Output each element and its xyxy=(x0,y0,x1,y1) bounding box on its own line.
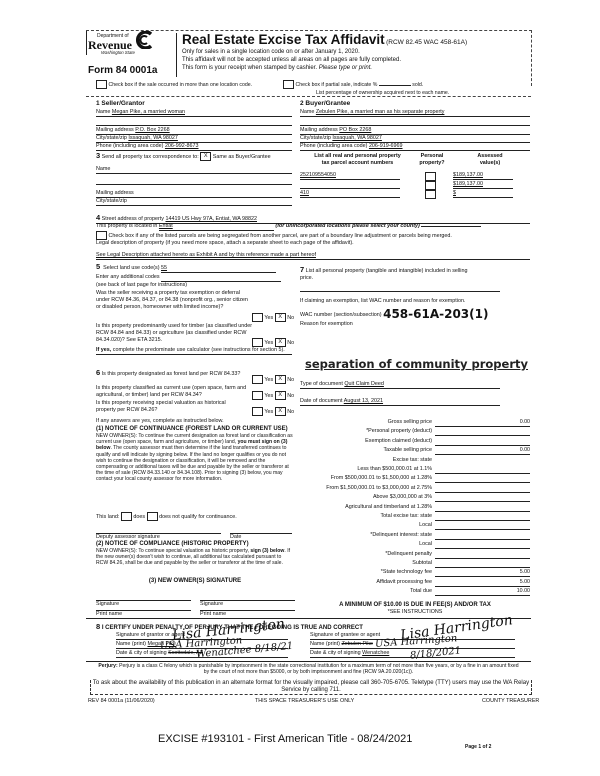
dor-logo-box: Department of Revenue Washington State xyxy=(86,31,155,55)
forest-q2: Is this property classified as current u… xyxy=(96,385,251,399)
tax-value-field[interactable] xyxy=(435,466,530,474)
alt-format-box: To ask about the availability of this pu… xyxy=(90,680,532,695)
assessed-col-header: Assessed value(s) xyxy=(455,153,525,167)
property-location-row: This property is located in Entiat (for … xyxy=(96,223,530,231)
tax-value-field[interactable]: 0.00 xyxy=(435,419,530,427)
tax-value-field[interactable]: 5.00 xyxy=(435,579,530,587)
land-use-q2-answers: Yes X No xyxy=(252,338,294,347)
personal-property-label: 7 List all personal property (tangible a… xyxy=(300,265,480,282)
form-title-ref: (RCW 82.45 WAC 458-61A) xyxy=(386,39,467,46)
form-number: Form 84 0001a xyxy=(88,65,158,78)
dept-state: Washington State xyxy=(101,50,135,55)
forest-q1-yes-checkbox[interactable] xyxy=(252,375,263,384)
wac-row: WAC number (section/subsection) 458-61A-… xyxy=(300,305,488,320)
tax-row: Affidavit processing fee5.00 xyxy=(300,579,530,588)
buyer-mailing-value: PO Box 2268 xyxy=(339,127,371,133)
personal-property-checkbox[interactable] xyxy=(425,172,436,181)
tax-row: Subtotal xyxy=(300,560,530,569)
forest-q1: 6 Is this property designated as forest … xyxy=(96,368,246,378)
dor-swoosh-icon xyxy=(135,31,155,49)
parcel-number-field[interactable] xyxy=(300,181,400,189)
title-block: Real Estate Excise Tax Affidavit (RCW 82… xyxy=(182,32,467,49)
partial-percent-field[interactable] xyxy=(379,85,411,86)
alt-format-note: To ask about the availability of this pu… xyxy=(91,680,531,694)
deputy-date-line[interactable]: Date xyxy=(230,533,292,541)
partial-sale-row: Check box if partial sale, indicate % so… xyxy=(283,80,423,89)
q1-yes-checkbox[interactable] xyxy=(252,313,263,322)
land-use-code-field[interactable]: 55 xyxy=(161,265,276,273)
seller-name-value: Megan Pike, a married woman xyxy=(112,109,185,115)
additional-codes-field[interactable] xyxy=(161,274,281,282)
logo-divider xyxy=(176,33,177,77)
land-does-not-checkbox[interactable] xyxy=(147,512,158,521)
if-any-yes-note: If any answers are yes, complete as inst… xyxy=(96,418,224,425)
tax-row: Above $3,000,000 at 3% xyxy=(300,494,530,503)
tax-row: *Personal property (deduct) xyxy=(300,428,530,437)
property-street-value: 14419 US Hwy 97A, Entiat, WA 98822 xyxy=(166,216,258,222)
personal-property-field[interactable] xyxy=(300,285,500,292)
tax-row: *Delinquent penalty xyxy=(300,551,530,560)
legal-description-label: Legal description of property (if you ne… xyxy=(96,240,354,247)
new-owner-signature-2[interactable]: Signature xyxy=(200,600,295,608)
multi-location-row: Check box if the sale occurred in more t… xyxy=(96,80,252,89)
buyer-name-field[interactable]: Name Zebulen Pike, a married man as his … xyxy=(300,109,530,117)
land-does-checkbox[interactable] xyxy=(121,512,132,521)
land-use-row: 5 Select land use code(s) 55 xyxy=(96,262,276,273)
seller-phone-value: 206-992-8673 xyxy=(165,143,199,149)
assessed-value-field[interactable]: $189,137.00 xyxy=(453,181,513,189)
correspondence-city-field[interactable]: City/state/zip xyxy=(96,198,292,206)
forest-q2-answers: Yes X No xyxy=(252,391,294,400)
legal-description-field[interactable]: See Legal Description attached hereto as… xyxy=(96,252,530,260)
reason-value[interactable]: separation of community property xyxy=(305,357,528,371)
tax-value-field[interactable] xyxy=(435,428,530,436)
segregated-row: Check box if any of the listed parcels a… xyxy=(96,231,452,240)
q1-no-checkbox[interactable]: X xyxy=(275,313,286,322)
tax-row: Local xyxy=(300,522,530,531)
tax-value-field[interactable] xyxy=(435,560,530,568)
parcel-number-field[interactable]: 410 xyxy=(300,190,400,198)
buyer-section-title: 2 Buyer/Grantee xyxy=(300,100,350,108)
continuance-qualify-row: This land: does does not qualify for con… xyxy=(96,512,237,521)
personal-col-header: Personal property? xyxy=(412,153,452,167)
tax-value-field[interactable] xyxy=(435,513,530,521)
tax-row: Total due10.00 xyxy=(300,588,530,597)
forest-q2-yes-checkbox[interactable] xyxy=(252,391,263,400)
tax-row: Agricultural and timberland at 1.28% xyxy=(300,504,530,513)
header-bottom-dash xyxy=(86,96,531,97)
see-back-note: (see back of last page for instructions) xyxy=(96,282,187,289)
land-use-q1: Was the seller receiving a property tax … xyxy=(96,290,254,310)
tax-row: *Delinquent interest: state xyxy=(300,532,530,541)
reason-label: Reason for exemption xyxy=(300,321,353,328)
same-as-buyer-checkbox[interactable]: X xyxy=(200,152,211,161)
notice-continuance-body: NEW OWNER(S): To continue the current de… xyxy=(96,433,294,483)
exemption-label: If claiming an exemption, list WAC numbe… xyxy=(300,298,466,305)
wac-number-value[interactable]: 458-61A-203(1) xyxy=(383,307,488,321)
tax-row: Local xyxy=(300,541,530,550)
new-owner-print-1[interactable]: Print name xyxy=(96,610,191,618)
treasurer-use-note: THIS SPACE TREASURER'S USE ONLY xyxy=(255,698,354,705)
land-use-q1-answers: Yes X No xyxy=(252,313,294,322)
tax-value-field[interactable] xyxy=(435,504,530,512)
forest-q1-no-checkbox[interactable]: X xyxy=(275,375,286,384)
personal-property-checkbox[interactable] xyxy=(425,181,436,190)
tax-row: Gross selling price0.00 xyxy=(300,419,530,428)
buyer-name-line2[interactable] xyxy=(300,118,530,126)
assessed-value-field[interactable]: $ xyxy=(453,190,513,198)
tax-value-field[interactable] xyxy=(435,438,530,446)
personal-property-checkbox[interactable] xyxy=(425,190,436,199)
buyer-city-value: Issaquah, WA 98027 xyxy=(332,135,382,141)
tax-value-field[interactable]: 0.00 xyxy=(435,447,530,455)
county-treasurer-label: COUNTY TREASURER xyxy=(482,698,539,705)
q2-yes-checkbox[interactable] xyxy=(252,338,263,347)
new-owner-signature-title: (3) NEW OWNER(S) SIGNATURE xyxy=(96,578,294,586)
seller-section-title: 1 Seller/Grantor xyxy=(96,100,145,108)
tax-row: Total excise tax: state xyxy=(300,513,530,522)
forest-q2-no-checkbox[interactable]: X xyxy=(275,391,286,400)
perjury-rule xyxy=(86,661,531,662)
tax-value-field[interactable] xyxy=(435,475,530,483)
tax-row: Taxable selling price0.00 xyxy=(300,447,530,456)
seller-mailing-field[interactable]: Mailing address P.O. Box 2268 xyxy=(96,127,292,135)
property-location-field[interactable]: Entiat xyxy=(159,223,274,231)
correspondence-row: 3 Send all property tax correspondence t… xyxy=(96,151,271,161)
tax-row: *State technology fee5.00 xyxy=(300,569,530,578)
if-yes-note: If yes, complete the predominate use cal… xyxy=(96,347,292,355)
tax-value-field[interactable] xyxy=(435,494,530,502)
correspondence-name-field[interactable]: Name xyxy=(96,166,292,174)
tax-row: From $1,500,000.01 to $3,000,000 at 2.75… xyxy=(300,485,530,494)
notice-3: This form is your receipt when stamped b… xyxy=(182,65,372,73)
segregated-checkbox[interactable] xyxy=(96,231,107,240)
tax-value-field[interactable] xyxy=(435,485,530,493)
buyer-phone-field[interactable]: Phone (including area code) 206-919-6969 xyxy=(300,143,530,151)
tax-value-field[interactable] xyxy=(435,541,530,549)
buyer-phone-value: 206-919-6969 xyxy=(369,143,403,149)
seller-name-line2[interactable] xyxy=(96,118,292,126)
land-use-q2: Is this property predominantly used for … xyxy=(96,323,254,343)
forest-q3-answers: Yes X No xyxy=(252,407,294,416)
form-header: Department of Revenue Washington State F… xyxy=(86,30,532,86)
seller-city-field[interactable]: City/state/zip Issaquah, WA 98027 xyxy=(96,135,292,143)
notice-1: Only for sales in a single location code… xyxy=(182,49,360,57)
notice-compliance-body: NEW OWNER(S): To continue special valuat… xyxy=(96,548,294,567)
page-indicator: Page 1 of 2 xyxy=(465,744,491,750)
forest-q3: Is this property receiving special valua… xyxy=(96,400,246,414)
perjury-note: Perjury: Perjury is a class C felony whi… xyxy=(96,663,521,676)
multi-location-checkbox[interactable] xyxy=(96,80,107,89)
seller-phone-field[interactable]: Phone (including area code) 206-992-8673 xyxy=(96,143,292,151)
form-title: Real Estate Excise Tax Affidavit xyxy=(182,32,385,47)
tax-value-field[interactable] xyxy=(435,551,530,559)
tax-value-field[interactable]: 10.00 xyxy=(435,588,530,596)
tax-value-field[interactable]: 5.00 xyxy=(435,569,530,577)
correspondence-mailing-field[interactable]: Mailing address xyxy=(96,190,292,198)
partial-sale-checkbox[interactable] xyxy=(283,80,294,89)
assessed-value-field[interactable]: $189,137.00 xyxy=(453,172,513,180)
correspondence-name-line2[interactable] xyxy=(96,178,292,185)
new-owner-signature-1[interactable]: Signature xyxy=(96,600,191,608)
tax-value-field[interactable] xyxy=(435,532,530,540)
tax-row: Less than $500,000.01 at 1.1% xyxy=(300,466,530,475)
buyer-city-field[interactable]: City/state/zip Issaquah, WA 98027 xyxy=(300,135,530,143)
forest-q3-yes-checkbox[interactable] xyxy=(252,407,263,416)
deputy-signature-line[interactable]: Deputy assessor signature xyxy=(96,533,221,541)
q2-no-checkbox[interactable]: X xyxy=(275,338,286,347)
tax-row: Excise tax: state xyxy=(300,457,530,466)
forest-q1-answers: Yes X No xyxy=(252,375,294,384)
notice-2: This affidavit will not be accepted unle… xyxy=(182,57,401,65)
doc-date-field[interactable]: Date of document August 13, 2021 xyxy=(300,398,500,406)
tax-value-field[interactable] xyxy=(435,522,530,530)
parcel-col-header: List all real and personal property tax … xyxy=(300,153,415,167)
tax-row: Exemption claimed (deduct) xyxy=(300,438,530,447)
forest-q3-no-checkbox[interactable]: X xyxy=(275,407,286,416)
buyer-name-value: Zebulen Pike, a married man as his separ… xyxy=(316,109,445,115)
parcel-number-field[interactable]: 252109554050 xyxy=(300,172,400,180)
seller-mailing-value: P.O. Box 2268 xyxy=(135,127,169,133)
form-revision: REV 84 0001a (11/06/2020) xyxy=(88,698,155,705)
tax-row: From $500,000.01 to $1,500,000 at 1.28% xyxy=(300,475,530,484)
additional-codes-row: Enter any additional codes xyxy=(96,274,281,282)
buyer-mailing-field[interactable]: Mailing address PO Box 2268 xyxy=(300,127,530,135)
seller-city-value: Issaquah, WA 98027 xyxy=(128,135,178,141)
excise-stamp: EXCISE #193101 - First American Title - … xyxy=(158,733,412,747)
doc-type-field[interactable]: Type of document Quit Claim Deed xyxy=(300,381,500,389)
seller-name-field[interactable]: Name Megan Pike, a married woman xyxy=(96,109,292,117)
